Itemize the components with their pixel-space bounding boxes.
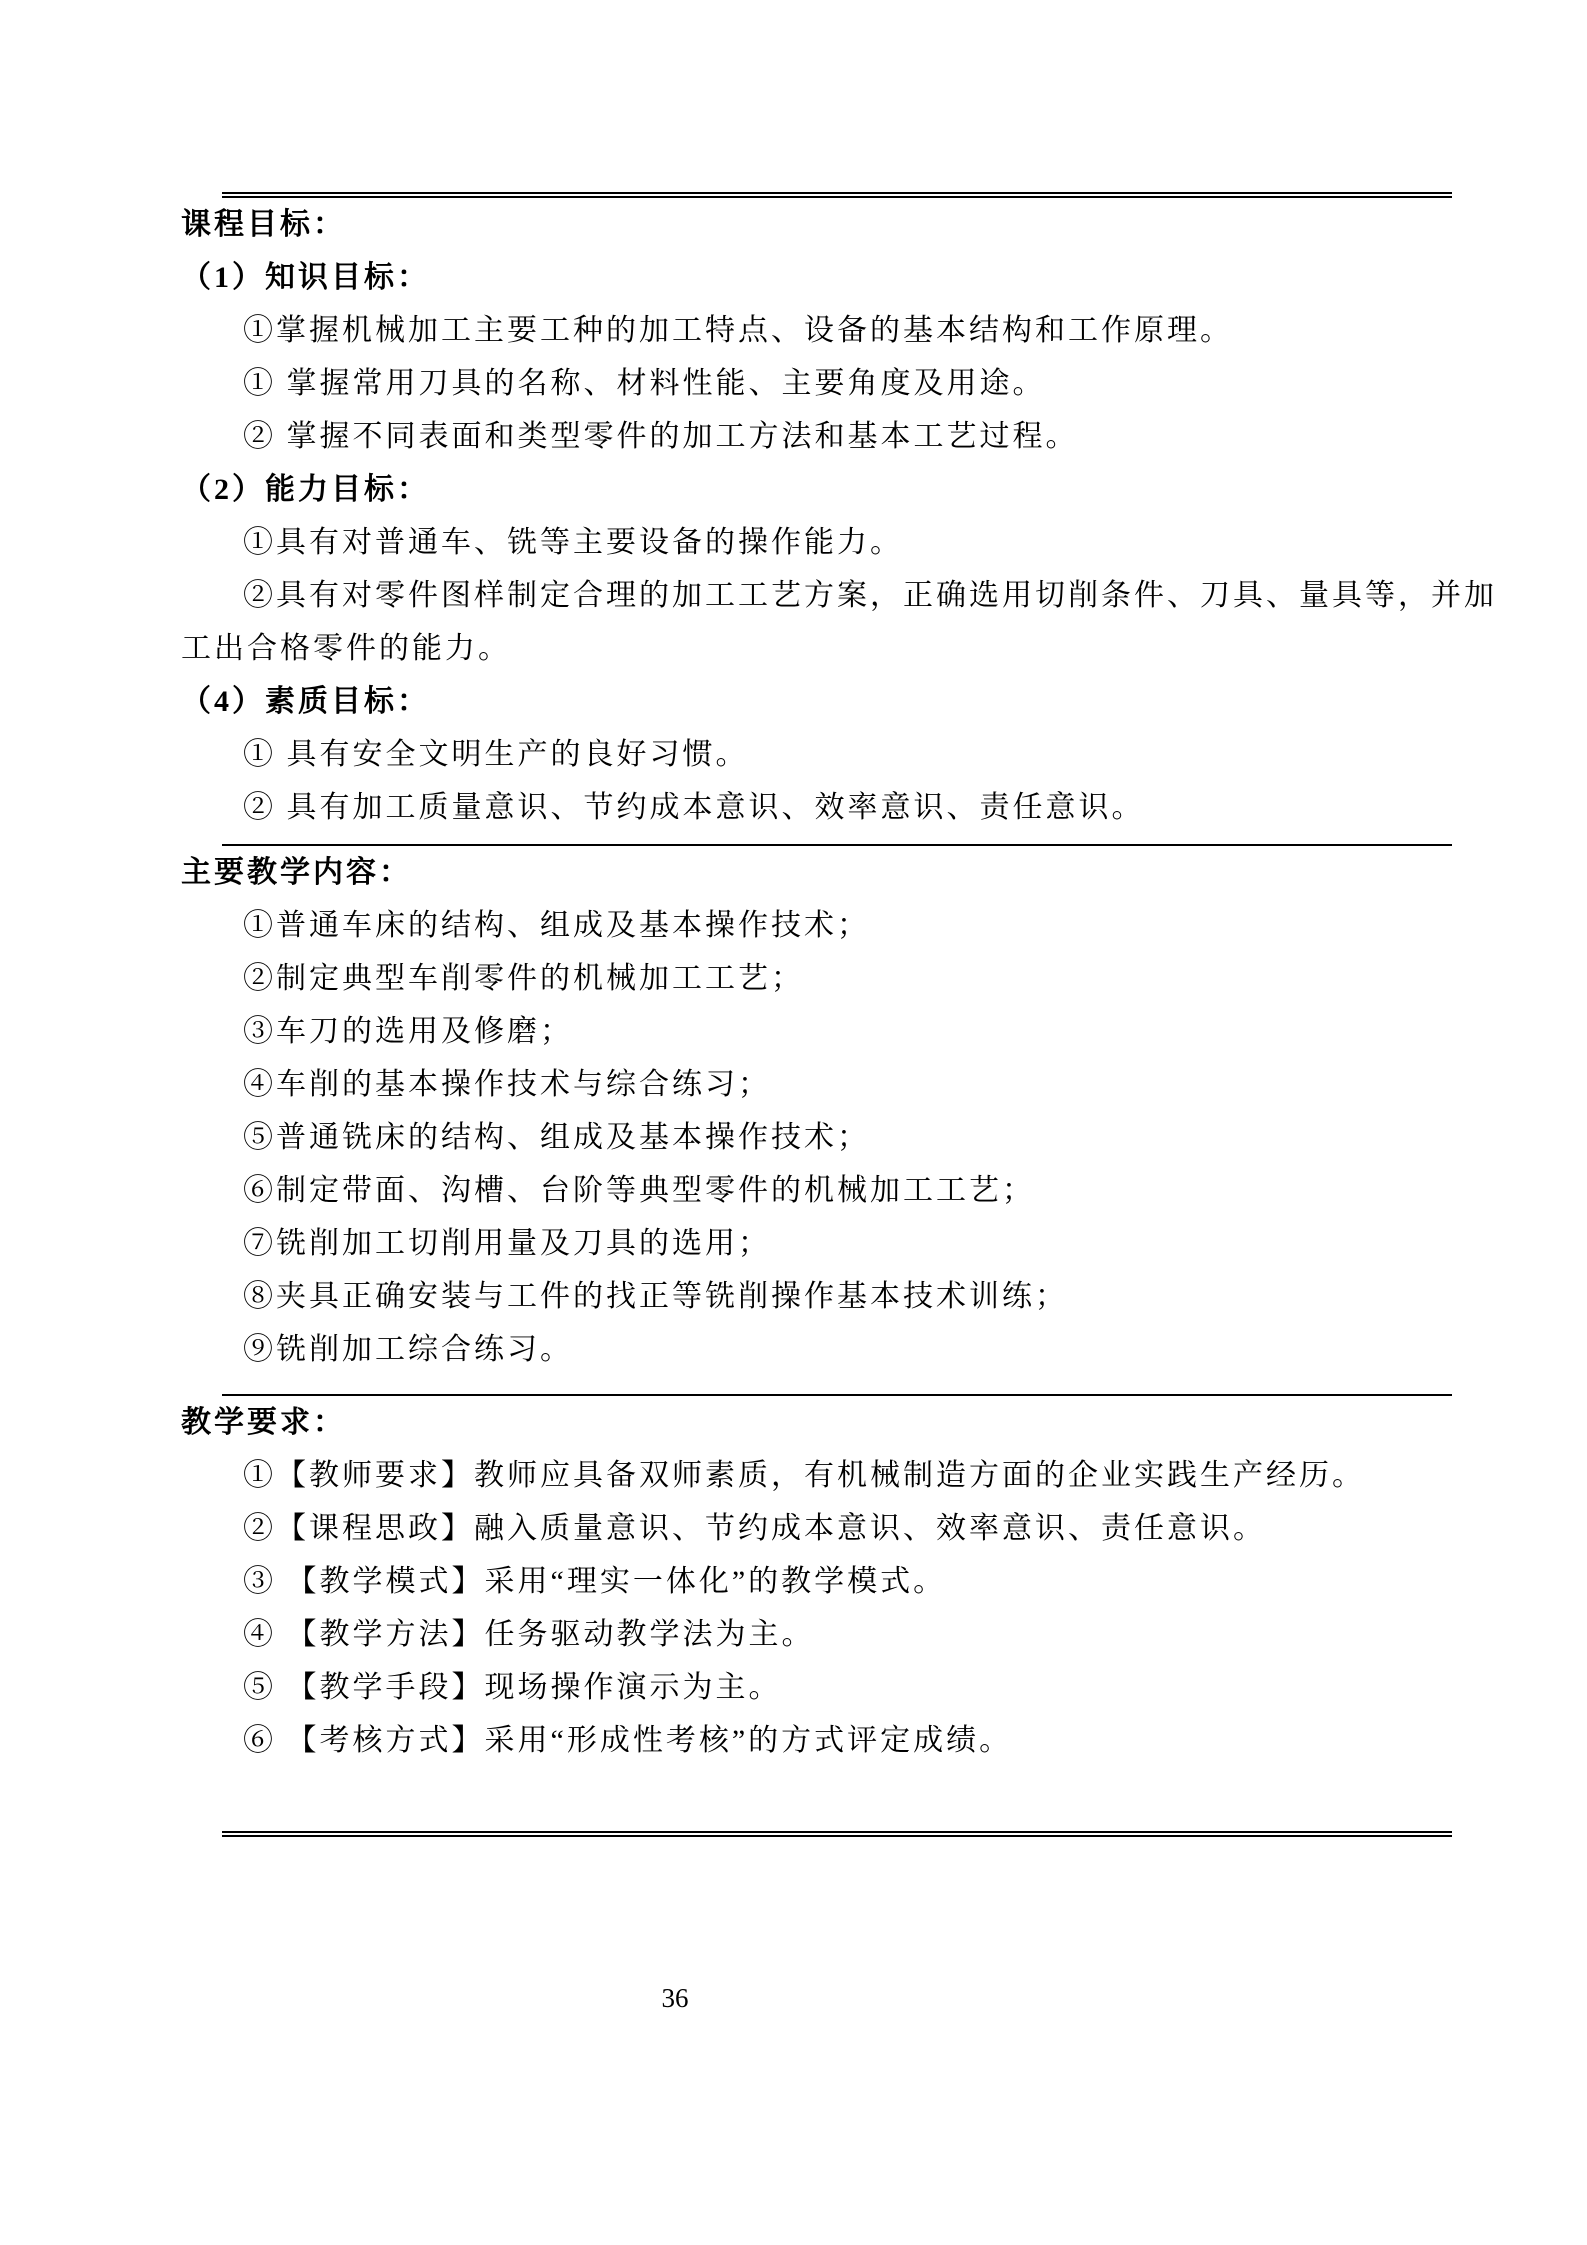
teaching-requirement-item: ②【课程思政】融入质量意识、节约成本意识、效率意识、责任意识。 [181,1502,1491,1555]
ability-objective-item-continuation: 工出合格零件的能力。 [181,622,1491,675]
knowledge-objectives-heading: （1）知识目标： [181,251,1491,304]
teaching-requirement-item: ③ 【教学模式】采用“理实一体化”的教学模式。 [181,1555,1491,1608]
quality-objectives-heading: （4）素质目标： [181,675,1491,728]
teaching-content-item: ⑧夹具正确安装与工件的找正等铣削操作基本技术训练； [181,1270,1491,1323]
teaching-content-item: ⑦铣削加工切削用量及刀具的选用； [181,1217,1491,1270]
document-body: 课程目标： （1）知识目标： ①掌握机械加工主要工种的加工特点、设备的基本结构和… [181,192,1491,1837]
teaching-content-item: ③车刀的选用及修磨； [181,1005,1491,1058]
knowledge-objective-item: ① 掌握常用刀具的名称、材料性能、主要角度及用途。 [181,357,1491,410]
page-number: 36 [645,1983,705,2013]
teaching-requirement-item: ⑤ 【教学手段】现场操作演示为主。 [181,1661,1491,1714]
bottom-double-rule [222,1831,1452,1837]
teaching-content-item: ①普通车床的结构、组成及基本操作技术； [181,899,1491,952]
ability-objectives-heading: （2）能力目标： [181,463,1491,516]
teaching-content-heading: 主要教学内容： [181,846,1491,899]
teaching-requirement-item: ①【教师要求】教师应具备双师素质，有机械制造方面的企业实践生产经历。 [181,1449,1491,1502]
teaching-content-item: ②制定典型车削零件的机械加工工艺； [181,952,1491,1005]
teaching-content-item: ⑥制定带面、沟槽、台阶等典型零件的机械加工工艺； [181,1164,1491,1217]
teaching-content-item: ⑤普通铣床的结构、组成及基本操作技术； [181,1111,1491,1164]
teaching-content-item: ⑨铣削加工综合练习。 [181,1323,1491,1376]
document-page: 课程目标： （1）知识目标： ①掌握机械加工主要工种的加工特点、设备的基本结构和… [0,0,1587,2245]
teaching-requirement-item: ④ 【教学方法】任务驱动教学法为主。 [181,1608,1491,1661]
teaching-content-item: ④车削的基本操作技术与综合练习； [181,1058,1491,1111]
knowledge-objective-item: ①掌握机械加工主要工种的加工特点、设备的基本结构和工作原理。 [181,304,1491,357]
ability-objective-item: ②具有对零件图样制定合理的加工工艺方案，正确选用切削条件、刀具、量具等，并加 [181,569,1491,622]
teaching-requirements-heading: 教学要求： [181,1396,1491,1449]
ability-objective-item: ①具有对普通车、铣等主要设备的操作能力。 [181,516,1491,569]
teaching-requirement-item: ⑥ 【考核方式】采用“形成性考核”的方式评定成绩。 [181,1714,1491,1767]
knowledge-objective-item: ② 掌握不同表面和类型零件的加工方法和基本工艺过程。 [181,410,1491,463]
course-objectives-heading: 课程目标： [181,198,1491,251]
quality-objective-item: ② 具有加工质量意识、节约成本意识、效率意识、责任意识。 [181,781,1491,834]
quality-objective-item: ① 具有安全文明生产的良好习惯。 [181,728,1491,781]
